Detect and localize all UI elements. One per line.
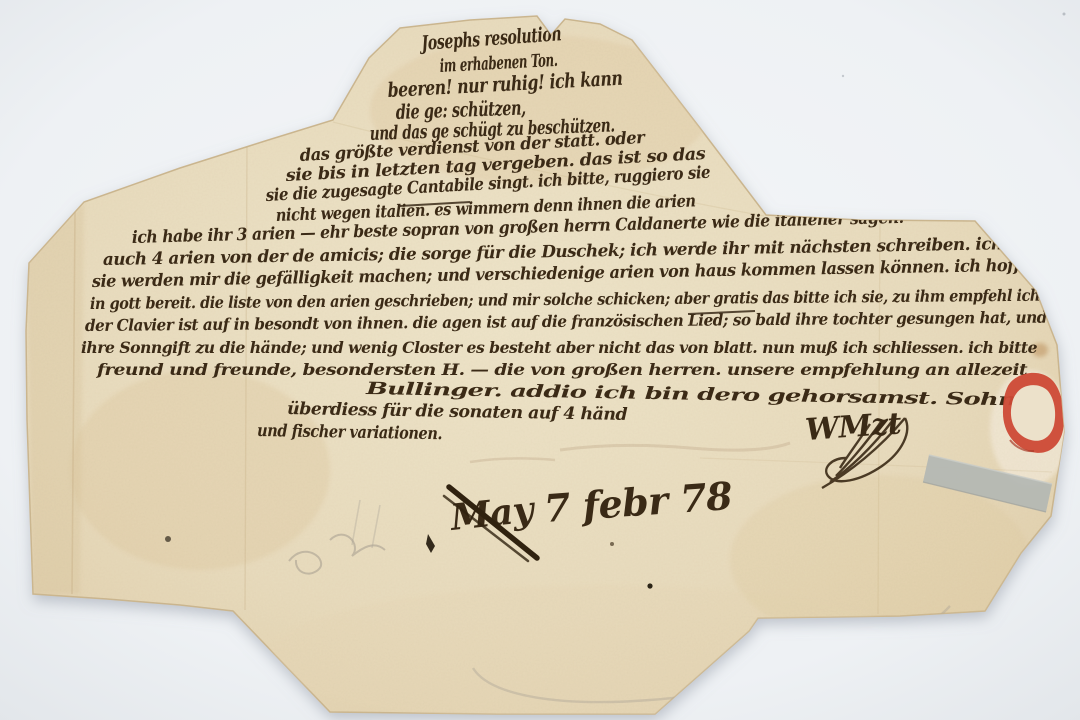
ink-dot bbox=[165, 536, 171, 542]
ink-dot bbox=[610, 542, 614, 546]
handwriting-line: und fischer variationen. bbox=[257, 421, 442, 444]
ink-dot bbox=[647, 583, 652, 588]
handwriting-line: freund und freunde, besondersten H. — di… bbox=[96, 360, 1028, 379]
letter-scan: Josephs resolution im erhabenen Ton. bee… bbox=[0, 0, 1080, 720]
dust-speck bbox=[1063, 13, 1066, 16]
handwriting-line: ihre Sonngift zu die hände; und wenig Cl… bbox=[81, 338, 1037, 357]
dust-speck bbox=[842, 75, 844, 77]
scanned-letter-page: Josephs resolution im erhabenen Ton. bee… bbox=[0, 0, 1080, 720]
